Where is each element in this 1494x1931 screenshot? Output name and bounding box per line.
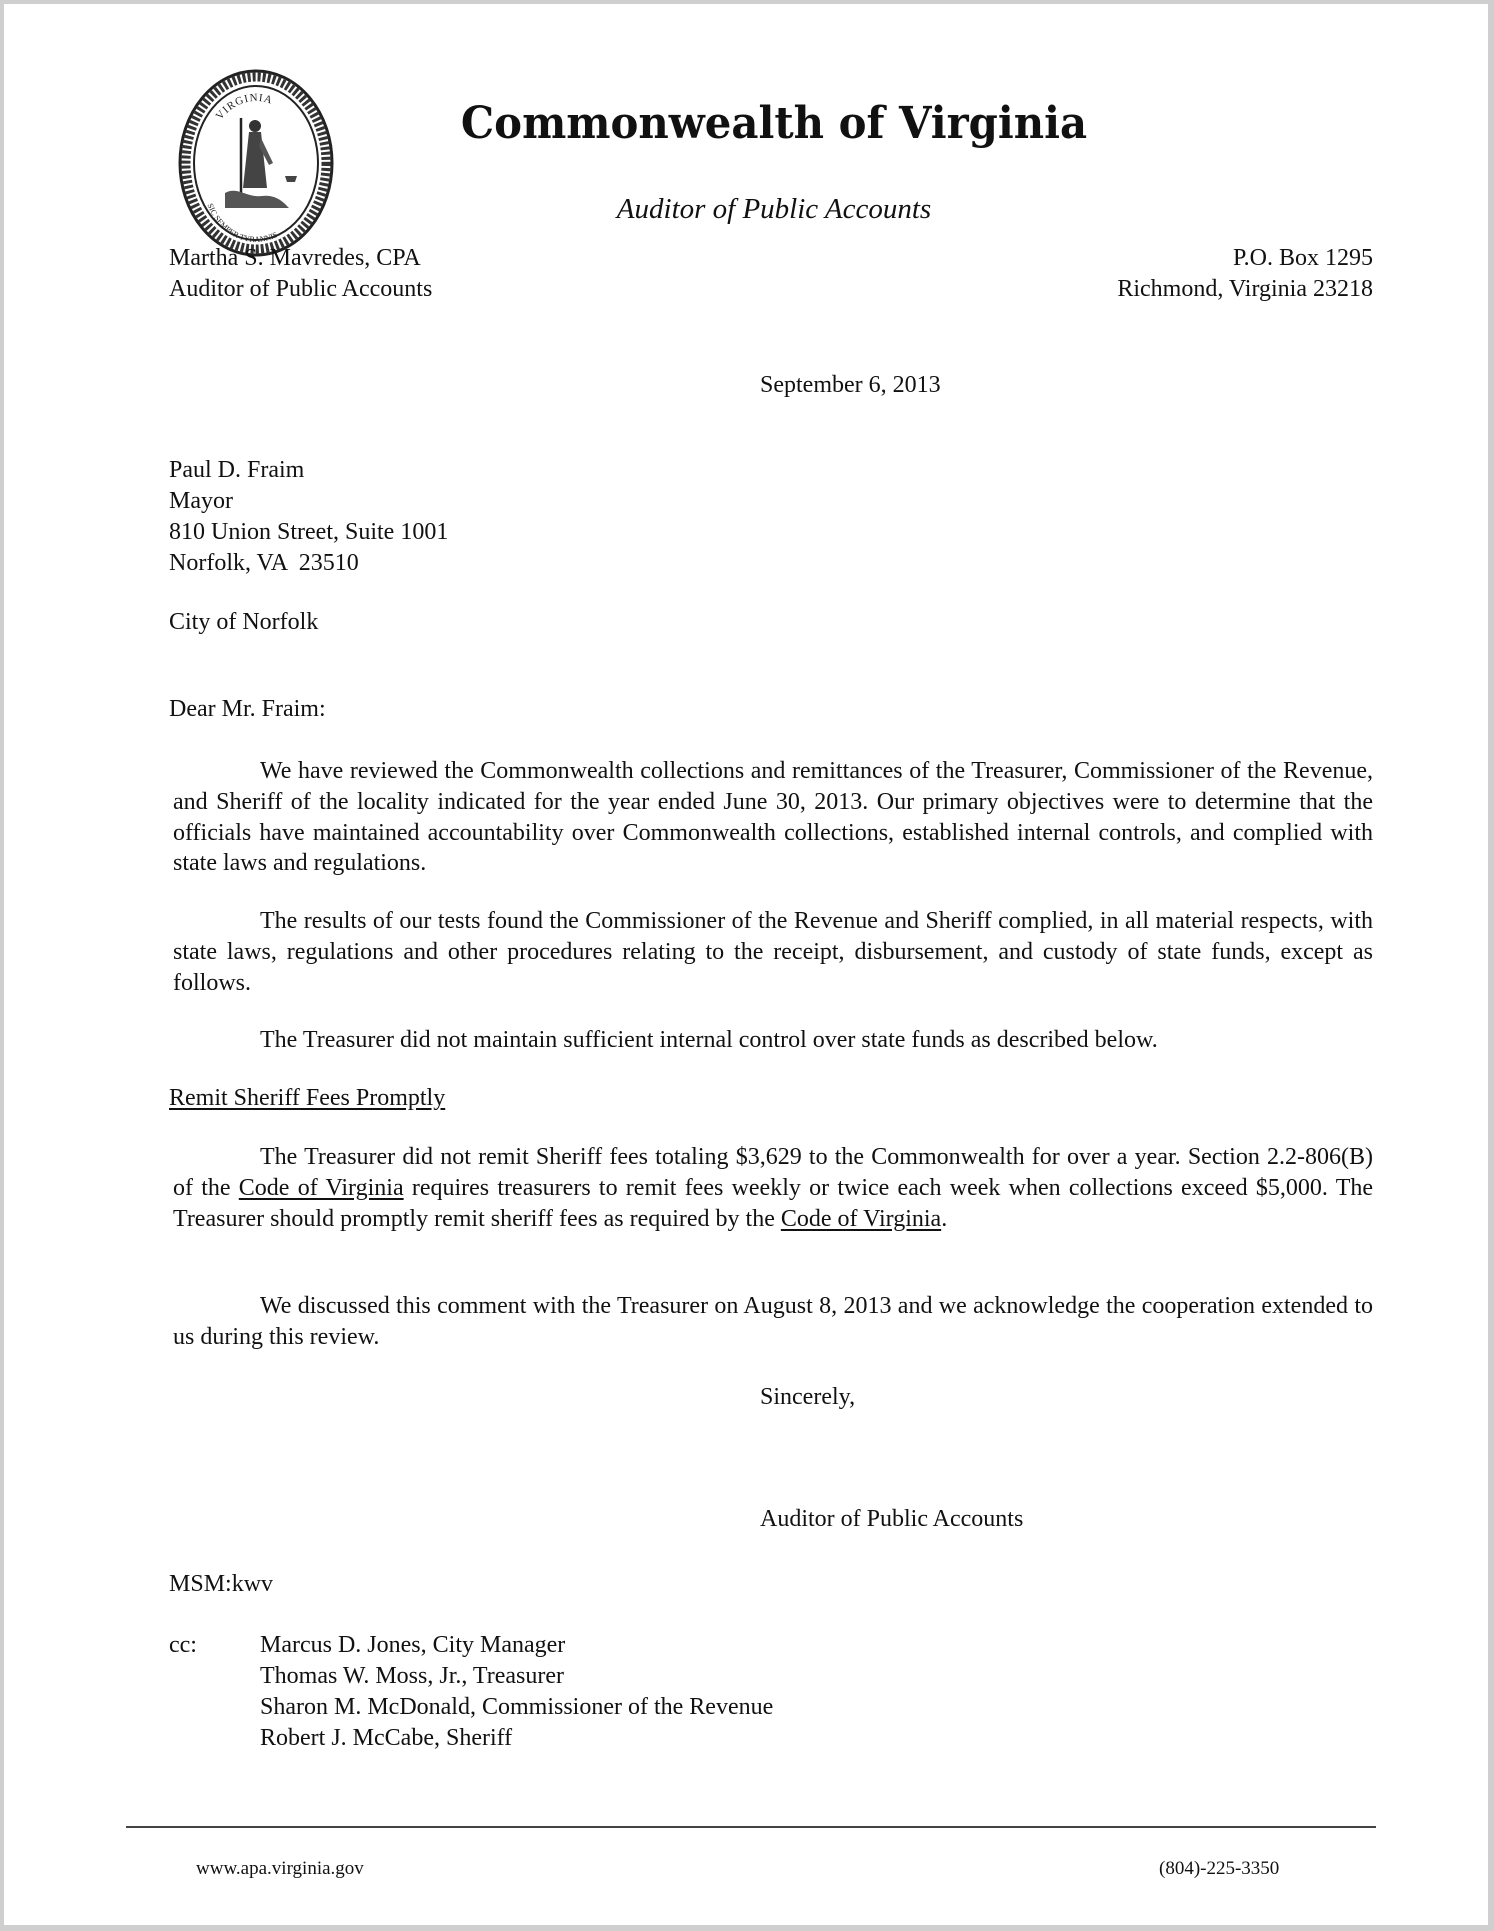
letter-page: VIRGINIA SIC SEMPER TYRANNIS Commonwealt… xyxy=(4,4,1488,1925)
section-heading-text: Remit Sheriff Fees Promptly xyxy=(169,1085,445,1111)
letterhead-title: Commonwealth of Virginia xyxy=(461,96,1088,152)
body-paragraph-4: The Treasurer did not remit Sheriff fees… xyxy=(173,1142,1373,1234)
body-paragraph-3: The Treasurer did not maintain sufficien… xyxy=(173,1025,1373,1056)
cc-recipient: Marcus D. Jones, City Manager xyxy=(260,1630,773,1661)
address-line-2: Richmond, Virginia 23218 xyxy=(1117,274,1373,305)
cc-recipient: Sharon M. McDonald, Commissioner of the … xyxy=(260,1692,773,1723)
cc-recipient: Thomas W. Moss, Jr., Treasurer xyxy=(260,1661,773,1692)
code-of-virginia-ref-2: Code of Virginia xyxy=(781,1206,941,1232)
recipient-street: 810 Union Street, Suite 1001 xyxy=(169,517,448,548)
p4-text-c: . xyxy=(941,1206,947,1232)
recipient-locality: City of Norfolk xyxy=(169,607,318,638)
recipient-title: Mayor xyxy=(169,486,233,517)
recipient-city-state-zip: Norfolk, VA 23510 xyxy=(169,548,359,579)
sender-title: Auditor of Public Accounts xyxy=(169,274,432,305)
footer-phone: (804)-225-3350 xyxy=(1159,1858,1279,1880)
virginia-seal-icon: VIRGINIA SIC SEMPER TYRANNIS xyxy=(177,68,335,258)
signature: Auditor of Public Accounts xyxy=(760,1504,1023,1535)
cc-label: cc: xyxy=(169,1630,197,1661)
body-paragraph-2: The results of our tests found the Commi… xyxy=(173,906,1373,998)
cc-recipient: Robert J. McCabe, Sheriff xyxy=(260,1723,773,1754)
footer-divider xyxy=(126,1826,1376,1828)
salutation: Dear Mr. Fraim: xyxy=(169,694,326,725)
recipient-name: Paul D. Fraim xyxy=(169,455,304,486)
sender-name: Martha S. Mavredes, CPA xyxy=(169,243,421,274)
footer-website[interactable]: www.apa.virginia.gov xyxy=(196,1858,364,1880)
letter-date: September 6, 2013 xyxy=(760,370,941,401)
body-paragraph-1: We have reviewed the Commonwealth collec… xyxy=(173,756,1373,879)
address-line-1: P.O. Box 1295 xyxy=(1233,243,1373,274)
cc-list: Marcus D. Jones, City Manager Thomas W. … xyxy=(260,1630,773,1754)
typist-initials: MSM:kwv xyxy=(169,1569,273,1600)
code-of-virginia-ref-1: Code of Virginia xyxy=(239,1175,404,1201)
section-heading: Remit Sheriff Fees Promptly xyxy=(169,1083,445,1114)
letterhead-subtitle: Auditor of Public Accounts xyxy=(444,192,1104,226)
closing: Sincerely, xyxy=(760,1382,855,1413)
body-paragraph-5: We discussed this comment with the Treas… xyxy=(173,1291,1373,1353)
